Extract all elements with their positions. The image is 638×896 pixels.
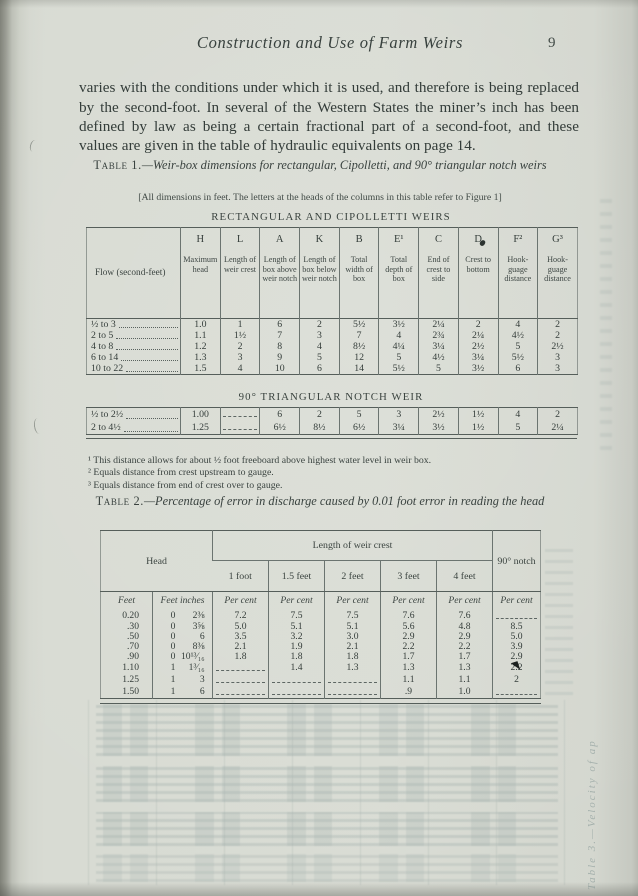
table-cell: 2 — [538, 319, 578, 331]
table-cell: 1.3 — [437, 662, 493, 674]
t1-col-K: KLength of box below weir notch — [300, 228, 340, 319]
ghost-row-band — [96, 812, 558, 846]
running-head: Construction and Use of Farm Weirs — [80, 33, 580, 53]
table-row: 4 to 81.22848½4¼3¼2½52½ — [87, 341, 578, 352]
table-cell: 5½ — [379, 363, 419, 375]
table-cell: 1.2 — [181, 341, 221, 352]
table-cell: 3 — [538, 363, 578, 375]
table-cell: ½ to 2½ — [87, 408, 181, 422]
t2-col-notch: 90° notch — [493, 531, 541, 592]
table2-body: 0.2002⅜7.27.57.57.67.6.3003⅝5.05.15.15.6… — [101, 610, 541, 699]
table-cell: 4 — [498, 408, 538, 422]
table-cell — [325, 686, 381, 699]
t2-col-3ft: 3 feet — [381, 561, 437, 592]
table-cell: 3¼ — [379, 421, 419, 435]
dot-leader — [124, 431, 178, 432]
table-cell: 5½ — [498, 352, 538, 363]
empty-cell-dashes — [216, 662, 264, 671]
table-cell: .9 — [381, 686, 437, 699]
body-paragraph: varies with the conditions under which i… — [79, 78, 579, 156]
ghost-row-band — [96, 766, 558, 802]
t2-crest-group: Length of weir crest — [213, 531, 493, 561]
t1-col-G: G³Hook-guage distance — [538, 228, 578, 319]
unit-percent: Per cent — [381, 592, 437, 611]
table-cell: 6 to 14 — [87, 352, 181, 363]
table1-caption: Table 1.—Weir-box dimensions for rectang… — [70, 158, 570, 174]
t1-col-D: DCrest to bottom — [458, 228, 498, 319]
table-row: 1.1011³⁄₁₆1.41.31.31.32.2 — [101, 662, 541, 674]
empty-cell-dashes — [272, 686, 320, 695]
dot-leader — [126, 418, 178, 419]
unit-feet-inches: Feet inches — [153, 592, 213, 611]
cell-part: 1³⁄₁₆ — [175, 663, 209, 673]
table-cell: 8 — [260, 341, 300, 352]
table-cell: 6 — [498, 363, 538, 375]
table-cell: 3¼ — [458, 352, 498, 363]
table-row: .7008⅜2.11.92.12.22.23.9 — [101, 642, 541, 652]
table-cell — [220, 421, 260, 435]
unit-percent: Per cent — [213, 592, 269, 611]
table-cell: 8½ — [339, 341, 379, 352]
row-label: 4 to 8 — [91, 341, 113, 352]
table-cell: 1.7 — [381, 652, 437, 662]
table-cell: 6 — [260, 319, 300, 331]
row-label: 2 to 5 — [91, 330, 113, 341]
table-cell: 2½ — [419, 408, 459, 422]
table-cell: 1.25 — [101, 674, 153, 686]
dot-leader — [126, 371, 178, 372]
table-cell — [213, 686, 269, 699]
table-cell: 010¹³⁄₁₆ — [153, 652, 213, 662]
table-cell: 3¼ — [419, 341, 459, 352]
table-cell: 14 — [339, 363, 379, 375]
table-cell: 5½ — [339, 319, 379, 331]
table2-table: Head Length of weir crest 90° notch 1 fo… — [100, 530, 541, 699]
table-cell: 6½ — [339, 421, 379, 435]
t2-col-1ft: 1 foot — [213, 561, 269, 592]
table-cell: 1.0 — [437, 686, 493, 699]
row-label: 6 to 14 — [91, 352, 118, 363]
bleedthrough-ghost-strip — [600, 190, 612, 450]
table-cell: 4½ — [498, 330, 538, 341]
table-row: 2 to 4½1.256½8½6½3¼3½1½52¼ — [87, 421, 578, 435]
empty-cell-dashes — [272, 674, 320, 683]
table-cell: 3 — [220, 352, 260, 363]
table1-bracket-note: [All dimensions in feet. The letters at … — [55, 192, 585, 203]
empty-cell-dashes — [328, 686, 376, 695]
table-cell: 2 — [493, 674, 541, 686]
cell-part: 0 — [153, 611, 175, 621]
cell-part: 6 — [175, 687, 209, 697]
unit-feet: Feet — [101, 592, 153, 611]
table-cell: 4¼ — [379, 341, 419, 352]
double-rule — [86, 438, 577, 439]
table-cell: 5 — [419, 363, 459, 375]
table1-tri-body: ½ to 2½1.0062532½1½422 to 4½1.256½8½6½3¼… — [87, 408, 578, 435]
table-cell: 2¼ — [419, 319, 459, 331]
cell-part: 2⅜ — [175, 611, 209, 621]
table-cell: 3 — [300, 330, 340, 341]
table-cell: 2¾ — [419, 330, 459, 341]
t1-col-A: ALength of box above weir notch — [260, 228, 300, 319]
table1-header: Flow (second-feet) HMaximum head LLength… — [87, 228, 578, 319]
table-cell: 1.8 — [269, 652, 325, 662]
table-cell: 1.10 — [101, 662, 153, 674]
table1-footnotes: ¹ This distance allows for about ½ foot … — [88, 455, 593, 492]
table-row: 6 to 141.33951254½3¼5½3 — [87, 352, 578, 363]
table-row: ½ to 31.01625½3½2¼242 — [87, 319, 578, 331]
empty-cell-dashes — [216, 674, 264, 683]
table-cell: 4 to 8 — [87, 341, 181, 352]
unit-percent: Per cent — [269, 592, 325, 611]
table-cell: 2 — [458, 319, 498, 331]
footnote-1: ¹ This distance allows for about ½ foot … — [88, 455, 593, 467]
dot-leader — [121, 360, 178, 361]
table-row: ½ to 2½1.0062532½1½42 — [87, 408, 578, 422]
cell-part: 3 — [175, 675, 209, 685]
table-cell: 1.3 — [181, 352, 221, 363]
empty-cell-dashes — [216, 686, 264, 695]
table-cell: 2 — [538, 330, 578, 341]
t2-col-head-group: Head — [101, 531, 213, 592]
table-cell: 2 — [220, 341, 260, 352]
row-label: 10 to 22 — [91, 363, 123, 374]
t1-col-B: BTotal width of box — [339, 228, 379, 319]
table-cell — [269, 686, 325, 699]
dot-leader — [116, 349, 178, 350]
t1-col-C: CEnd of crest to side — [419, 228, 459, 319]
table2-units-row: Feet Feet inches Per cent Per cent Per c… — [101, 592, 541, 611]
table-cell: 2 — [300, 319, 340, 331]
table-cell: 6½ — [260, 421, 300, 435]
t1-col-E: E¹Total depth of box — [379, 228, 419, 319]
table-cell: 3 — [538, 352, 578, 363]
table-cell: 4½ — [419, 352, 459, 363]
table1-tri-table: ½ to 2½1.0062532½1½422 to 4½1.256½8½6½3¼… — [86, 407, 578, 435]
table-row: 1.5016.91.0 — [101, 686, 541, 699]
table2-header: Head Length of weir crest 90° notch 1 fo… — [101, 531, 541, 611]
table-cell: 1½ — [458, 408, 498, 422]
table-cell: 1.1 — [181, 330, 221, 341]
table1-caption-label: Table 1. — [93, 158, 141, 172]
table-row: .90010¹³⁄₁₆1.81.81.81.71.72.9 — [101, 652, 541, 662]
table-cell: 7 — [339, 330, 379, 341]
table2-caption-label: Table 2. — [96, 494, 144, 508]
table-cell: 1.8 — [213, 652, 269, 662]
table-cell: 1.5 — [181, 363, 221, 375]
empty-cell-dashes — [328, 674, 376, 683]
t1-col-flow: Flow (second-feet) — [87, 228, 181, 319]
row-label: ½ to 3 — [91, 319, 116, 330]
table-cell: 1.3 — [325, 662, 381, 674]
cell-part: 1 — [153, 675, 175, 685]
table1-rect-table: Flow (second-feet) HMaximum head LLength… — [86, 227, 578, 375]
t2-col-4ft: 4 feet — [437, 561, 493, 592]
table-cell: 5 — [379, 352, 419, 363]
cell-part: 1 — [153, 687, 175, 697]
bleedthrough-ghost-table — [88, 700, 568, 885]
row-label: ½ to 2½ — [91, 408, 123, 421]
empty-cell-dashes — [496, 686, 537, 695]
table-cell: 4 — [300, 341, 340, 352]
table-cell: 1½ — [220, 330, 260, 341]
table-cell: 1.50 — [101, 686, 153, 699]
table-cell: 10 — [260, 363, 300, 375]
table-cell: 2 to 4½ — [87, 421, 181, 435]
table2: Head Length of weir crest 90° notch 1 fo… — [100, 530, 541, 704]
table1-triangular: ½ to 2½1.0062532½1½422 to 4½1.256½8½6½3¼… — [86, 407, 577, 439]
table-cell: 3½ — [458, 363, 498, 375]
table-cell: 4 — [379, 330, 419, 341]
table-cell: 2¼ — [458, 330, 498, 341]
table2-caption: Table 2.—Percentage of error in discharg… — [70, 494, 570, 510]
footnote-2: ² Equals distance from crest upstream to… — [88, 467, 593, 479]
table-cell: 1.8 — [325, 652, 381, 662]
dot-leader — [116, 338, 178, 339]
scanned-page-stage: Construction and Use of Farm Weirs 9 var… — [0, 0, 638, 896]
table-cell: 13 — [153, 674, 213, 686]
table-cell: 2 — [300, 408, 340, 422]
table-cell: 6 — [300, 363, 340, 375]
table-row: .3003⅝5.05.15.15.64.88.5 — [101, 622, 541, 632]
table-row: 1.25131.11.12 — [101, 674, 541, 686]
bleedthrough-ghost-caption: Table 3.—Velocity of ap — [586, 694, 598, 890]
page-title: Construction and Use of Farm Weirs — [197, 33, 463, 52]
table-cell: 1.25 — [181, 421, 221, 435]
table-row: 2 to 51.11½73742¾2¼4½2 — [87, 330, 578, 341]
t2-col-2ft: 2 feet — [325, 561, 381, 592]
table-cell: 8½ — [300, 421, 340, 435]
table-cell: 7 — [260, 330, 300, 341]
dot-leader — [119, 327, 178, 328]
table-cell: 4 — [220, 363, 260, 375]
table-cell: 16 — [153, 686, 213, 699]
table-cell: 3 — [379, 408, 419, 422]
t1-col-H: HMaximum head — [181, 228, 221, 319]
table-row: .50063.53.23.02.92.95.0 — [101, 632, 541, 642]
table1-rect-body: ½ to 31.01625½3½2¼2422 to 51.11½73742¾2¼… — [87, 319, 578, 375]
empty-cell-dashes — [223, 421, 257, 430]
table-cell: 1.0 — [181, 319, 221, 331]
table-cell: 2½ — [458, 341, 498, 352]
t1-col-F: F²Hook-guage distance — [498, 228, 538, 319]
ghost-row-band — [96, 704, 558, 756]
table-cell: ½ to 3 — [87, 319, 181, 331]
table-cell: 9 — [260, 352, 300, 363]
unit-percent: Per cent — [493, 592, 541, 611]
table-cell: 6 — [260, 408, 300, 422]
table-cell: 5 — [498, 341, 538, 352]
table-cell: 11³⁄₁₆ — [153, 662, 213, 674]
footnote-3: ³ Equals distance from end of crest over… — [88, 480, 593, 492]
table-cell: 5 — [498, 421, 538, 435]
t2-col-1-5ft: 1.5 feet — [269, 561, 325, 592]
table2-caption-text: —Percentage of error in discharge caused… — [144, 494, 544, 508]
table-cell — [213, 662, 269, 674]
table1-section-rectangular: RECTANGULAR AND CIPOLLETTI WEIRS — [86, 211, 576, 223]
unit-percent: Per cent — [437, 592, 493, 611]
table-cell: 1.3 — [381, 662, 437, 674]
cell-part: 0 — [153, 652, 175, 662]
table-row: 10 to 221.54106145½53½63 — [87, 363, 578, 375]
table-cell: 3½ — [379, 319, 419, 331]
table-cell — [213, 674, 269, 686]
table-cell: 1½ — [458, 421, 498, 435]
table-cell: 4 — [498, 319, 538, 331]
table-cell — [269, 674, 325, 686]
table-cell — [325, 674, 381, 686]
table-cell — [220, 408, 260, 422]
table-cell: 5 — [339, 408, 379, 422]
page-edge-top — [0, 0, 638, 8]
table-cell: 2 — [538, 408, 578, 422]
table-cell: 10 to 22 — [87, 363, 181, 375]
table-cell: 1.1 — [381, 674, 437, 686]
table-cell: 1.00 — [181, 408, 221, 422]
ghost-row-band — [96, 854, 558, 882]
table-cell: 1.1 — [437, 674, 493, 686]
table-cell: 5 — [300, 352, 340, 363]
table-cell: 3½ — [419, 421, 459, 435]
table-cell: .90 — [101, 652, 153, 662]
table-cell: 2½ — [538, 341, 578, 352]
unit-percent: Per cent — [325, 592, 381, 611]
table-cell: 1.7 — [437, 652, 493, 662]
table-cell: 12 — [339, 352, 379, 363]
table-cell: 2 to 5 — [87, 330, 181, 341]
table-cell: 1.4 — [269, 662, 325, 674]
cell-part: 10¹³⁄₁₆ — [175, 652, 209, 662]
table-cell — [493, 686, 541, 699]
table1-rectangular: Flow (second-feet) HMaximum head LLength… — [86, 227, 577, 375]
row-label: 2 to 4½ — [91, 421, 121, 434]
empty-cell-dashes — [496, 610, 537, 619]
bleedthrough-ghost-strip — [545, 545, 573, 695]
table1-section-triangular: 90° TRIANGULAR NOTCH WEIR — [86, 391, 576, 403]
page-number: 9 — [548, 35, 556, 52]
empty-cell-dashes — [223, 408, 257, 417]
table-row: 0.2002⅜7.27.57.57.67.6 — [101, 610, 541, 622]
table1-caption-text: —Weir-box dimensions for rectangular, Ci… — [142, 158, 547, 172]
table-cell: 1 — [220, 319, 260, 331]
t1-col-L: LLength of weir crest — [220, 228, 260, 319]
table-cell: 2¼ — [538, 421, 578, 435]
cell-part: 1 — [153, 663, 175, 673]
